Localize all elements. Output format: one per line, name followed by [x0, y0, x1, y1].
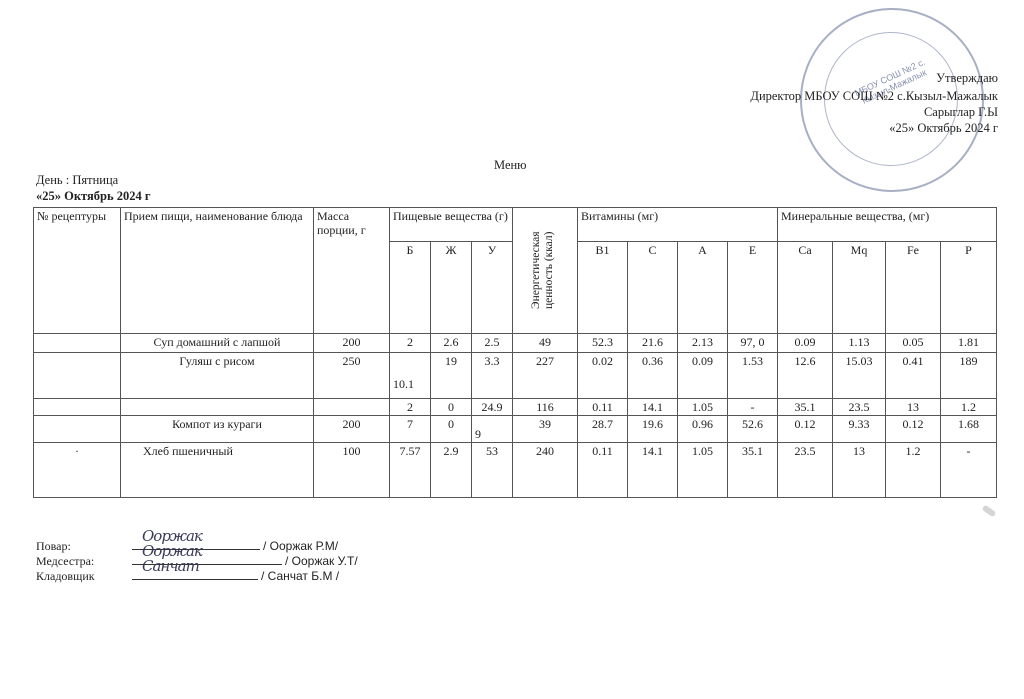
cell-ca: 0.12 [778, 416, 833, 443]
cell-e: - [728, 399, 778, 416]
header-recipe-no: № рецептуры [34, 208, 121, 334]
signature-storekeeper: КладовщикСанчат / Санчат Б.М / [36, 567, 339, 584]
approval-word: Утверждаю [936, 70, 998, 86]
cell-a: 2.13 [678, 334, 728, 353]
cell-recipe [34, 353, 121, 399]
header-b: Б [390, 242, 431, 334]
table-row: 2024.91160.1114.11.05-35.123.5131.2 [34, 399, 997, 416]
cell-fe: 0.41 [886, 353, 941, 399]
cell-zh: 2.6 [431, 334, 472, 353]
cell-energy: 116 [513, 399, 578, 416]
cell-e: 35.1 [728, 443, 778, 498]
cell-p: - [941, 443, 997, 498]
cell-zh: 0 [431, 416, 472, 443]
cell-u: 2.5 [472, 334, 513, 353]
header-energy: Энергетическая ценность (ккал) [530, 213, 560, 328]
signature-line: Санчат [132, 567, 258, 580]
cell-ca: 35.1 [778, 399, 833, 416]
cell-recipe: · [34, 443, 121, 498]
cell-zh: 19 [431, 353, 472, 399]
header-ca: Ca [778, 242, 833, 334]
cell-a: 1.05 [678, 443, 728, 498]
header-mass: Масса порции, г [314, 208, 390, 334]
table-row: ·Хлеб пшеничный1007.572.9532400.1114.11.… [34, 443, 997, 498]
cell-a: 0.09 [678, 353, 728, 399]
header-a: A [678, 242, 728, 334]
cell-b1: 28.7 [578, 416, 628, 443]
signature-name: / Ооржак Р.М/ [263, 539, 338, 553]
header-nutrients: Пищевые вещества (г) [390, 208, 513, 242]
header-b1: B1 [578, 242, 628, 334]
cell-p: 189 [941, 353, 997, 399]
cell-dish: Суп домашний с лапшой [121, 334, 314, 353]
cell-mass: 100 [314, 443, 390, 498]
handwritten-signature: Санчат [142, 557, 199, 575]
cell-energy: 39 [513, 416, 578, 443]
cell-b1: 0.11 [578, 443, 628, 498]
menu-table: № рецептуры Прием пищи, наименование блю… [33, 207, 997, 498]
cell-mass [314, 399, 390, 416]
day-label: День : Пятница [36, 173, 118, 188]
page-title: Меню [494, 158, 527, 173]
header-energy-cell: Энергетическая ценность (ккал) [513, 208, 578, 334]
cell-dish [121, 399, 314, 416]
approval-name: Сарыглар Г.Ы [924, 104, 998, 120]
cell-energy: 227 [513, 353, 578, 399]
scan-smudge [982, 505, 997, 518]
cell-p: 1.68 [941, 416, 997, 443]
cell-e: 97, 0 [728, 334, 778, 353]
cell-recipe [34, 399, 121, 416]
cell-a: 1.05 [678, 399, 728, 416]
header-c: C [628, 242, 678, 334]
cell-u: 53 [472, 443, 513, 498]
cell-e: 1.53 [728, 353, 778, 399]
table-row: Суп домашний с лапшой20022.62.54952.321.… [34, 334, 997, 353]
cell-ca: 0.09 [778, 334, 833, 353]
cell-c: 21.6 [628, 334, 678, 353]
cell-u: 24.9 [472, 399, 513, 416]
cell-mass: 200 [314, 416, 390, 443]
cell-mg: 9.33 [833, 416, 886, 443]
date-label: «25» Октябрь 2024 г [36, 189, 151, 204]
cell-b1: 0.11 [578, 399, 628, 416]
cell-zh: 2.9 [431, 443, 472, 498]
cell-e: 52.6 [728, 416, 778, 443]
cell-p: 1.81 [941, 334, 997, 353]
header-u: У [472, 242, 513, 334]
cell-b: 2 [390, 399, 431, 416]
cell-b: 10.1 [390, 353, 431, 399]
header-p: P [941, 242, 997, 334]
cell-b: 2 [390, 334, 431, 353]
header-e: E [728, 242, 778, 334]
header-fe: Fe [886, 242, 941, 334]
cell-b1: 52.3 [578, 334, 628, 353]
cell-dish: Компот из кураги [121, 416, 314, 443]
header-row-1: № рецептуры Прием пищи, наименование блю… [34, 208, 997, 242]
signature-role: Кладовщик [36, 569, 132, 584]
approval-date: «25» Октябрь 2024 г [889, 120, 998, 136]
cell-ca: 12.6 [778, 353, 833, 399]
cell-mg: 13 [833, 443, 886, 498]
cell-dish: Хлеб пшеничный [121, 443, 314, 498]
cell-ca: 23.5 [778, 443, 833, 498]
cell-p: 1.2 [941, 399, 997, 416]
cell-b1: 0.02 [578, 353, 628, 399]
cell-mg: 1.13 [833, 334, 886, 353]
signature-name: / Санчат Б.М / [261, 569, 339, 583]
cell-fe: 13 [886, 399, 941, 416]
cell-energy: 49 [513, 334, 578, 353]
cell-recipe [34, 334, 121, 353]
header-dish: Прием пищи, наименование блюда [121, 208, 314, 334]
cell-fe: 0.05 [886, 334, 941, 353]
cell-mass: 250 [314, 353, 390, 399]
cell-mass: 200 [314, 334, 390, 353]
header-minerals: Минеральные вещества, (мг) [778, 208, 997, 242]
cell-c: 19.6 [628, 416, 678, 443]
cell-u: 3.3 [472, 353, 513, 399]
cell-c: 14.1 [628, 399, 678, 416]
cell-dish: Гуляш с рисом [121, 353, 314, 399]
header-vitamins: Витамины (мг) [578, 208, 778, 242]
cell-c: 14.1 [628, 443, 678, 498]
header-zh: Ж [431, 242, 472, 334]
cell-recipe [34, 416, 121, 443]
cell-u: 9 [472, 416, 513, 443]
cell-mg: 23.5 [833, 399, 886, 416]
cell-mg: 15.03 [833, 353, 886, 399]
cell-fe: 1.2 [886, 443, 941, 498]
cell-fe: 0.12 [886, 416, 941, 443]
cell-energy: 240 [513, 443, 578, 498]
approval-director: Директор МБОУ СОШ №2 с.Кызыл-Мажалык [750, 88, 998, 104]
table-row: Гуляш с рисом25010.1193.32270.020.360.09… [34, 353, 997, 399]
cell-a: 0.96 [678, 416, 728, 443]
cell-b: 7 [390, 416, 431, 443]
cell-zh: 0 [431, 399, 472, 416]
cell-c: 0.36 [628, 353, 678, 399]
header-mg: Mq [833, 242, 886, 334]
table-row: Компот из кураги2007093928.719.60.9652.6… [34, 416, 997, 443]
signature-name: / Ооржак У.Т/ [285, 554, 358, 568]
cell-b: 7.57 [390, 443, 431, 498]
